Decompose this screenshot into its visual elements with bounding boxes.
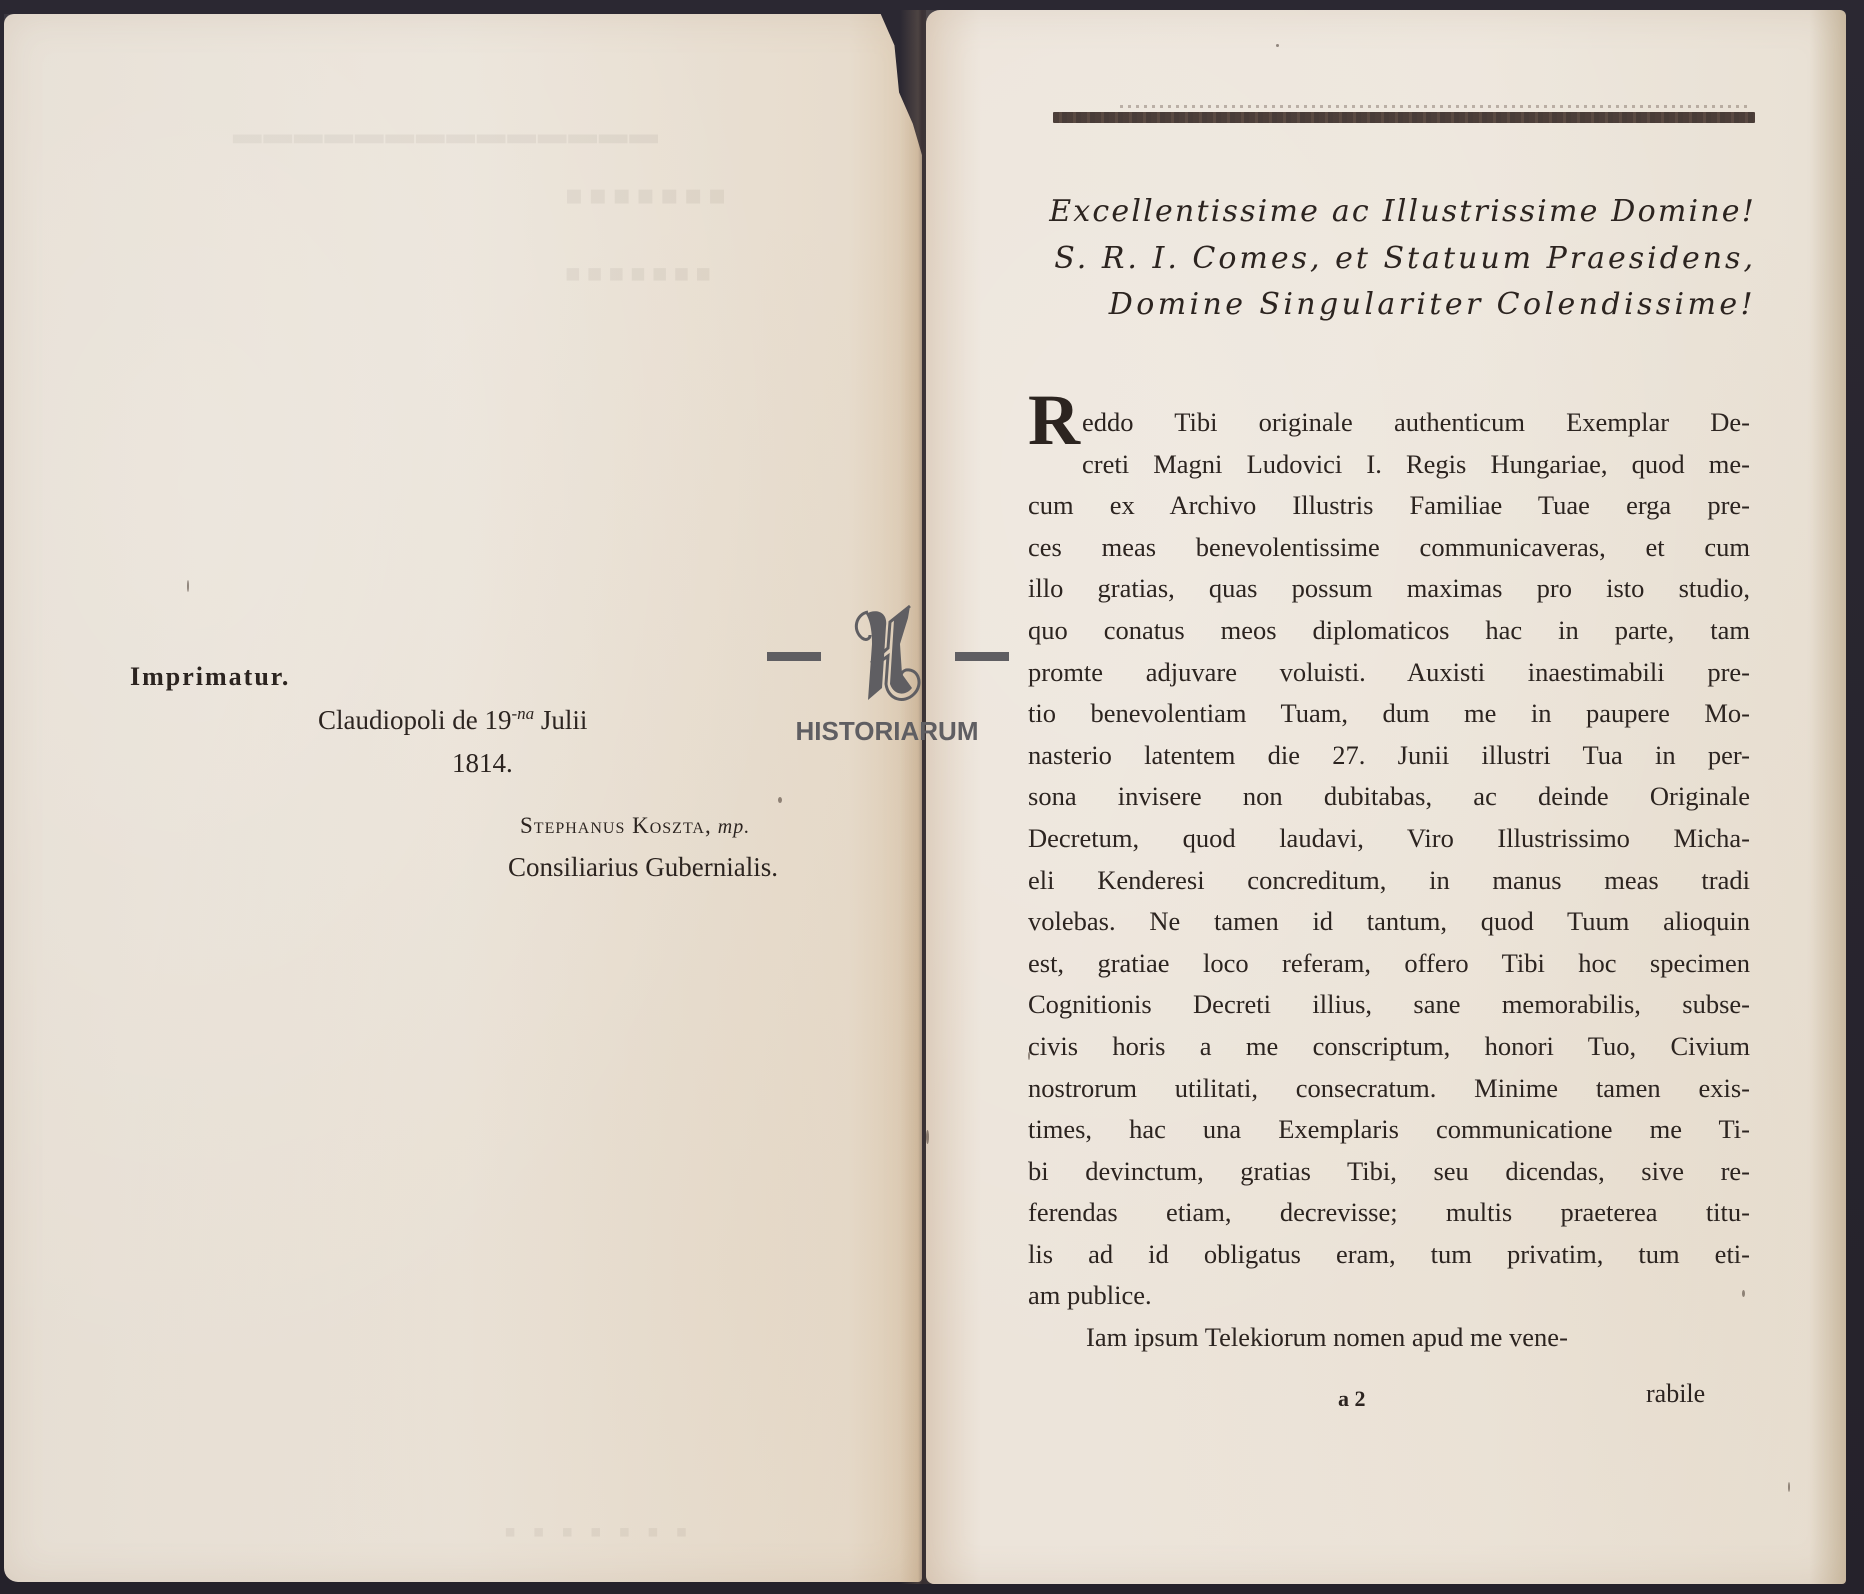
imprimatur-heading: Imprimatur. [130,662,290,692]
place-date-line: Claudiopoli de 19-na Julii [318,704,587,736]
body-line: eddo Tibi originale authenticum Exemplar… [1028,390,1750,444]
paper-speck [926,1130,929,1144]
signer-suffix: mp. [712,816,750,838]
place-date-prefix: Claudiopoli de 19 [318,705,511,735]
bleed-through-text: ▪ ▪ ▪ ▪ ▪ ▪ ▪ [504,1514,691,1552]
paper-speck [1028,1052,1030,1060]
body-line: eli Kenderesi concreditum, in manus meas… [1028,860,1750,902]
body-line: Cognitionis Decreti illius, sane memorab… [1028,984,1750,1026]
paper-speck [1742,1290,1745,1297]
body-line: sona invisere non dubitabas, ac deinde O… [1028,776,1750,818]
body-line: ces meas benevolentissime communicaveras… [1028,527,1750,569]
body-line: am publice. [1028,1275,1750,1317]
drop-cap: R [1028,392,1080,452]
date-superscript: -na [511,704,534,723]
body-line: quo conatus meos diplomaticos hac in par… [1028,610,1750,652]
body-line: ferendas etiam, decrevisse; multis praet… [1028,1192,1750,1234]
logo-dash-right [955,652,1009,661]
body-line: lis ad id obligatus eram, tum privatim, … [1028,1234,1750,1276]
body-line: bi devinctum, gratias Tibi, seu dicendas… [1028,1151,1750,1193]
signer-name: Stephanus Koszta, [520,813,712,838]
year: 1814. [452,748,513,779]
bleed-through-text: ▪▪▪▪▪▪▪ [564,164,731,228]
body-line: civis horis a me conscriptum, honori Tuo… [1028,1026,1750,1068]
body-line: creti Magni Ludovici I. Regis Hungariae,… [1028,444,1750,486]
bleed-through-text: ▪▪▪▪▪▪▪ [564,244,716,302]
month: Julii [534,705,587,735]
letter-body: R eddo Tibi originale authenticum Exempl… [1028,390,1750,1359]
bleed-through-text: ━━━━━━━━━━━━━━ [234,114,661,165]
signer-line: Stephanus Koszta, mp. [520,813,750,839]
paper-speck [1788,1482,1790,1492]
body-line: Decretum, quod laudavi, Viro Illustrissi… [1028,818,1750,860]
logo-dash-left [767,652,821,661]
new-paragraph-line: Iam ipsum Telekiorum nomen apud me vene- [1028,1317,1750,1359]
body-line: cum ex Archivo Illustris Familiae Tuae e… [1028,485,1750,527]
catchword: rabile [1646,1379,1705,1409]
signer-office: Consiliarius Gubernialis. [508,852,778,883]
body-line: illo gratias, quas possum maximas pro is… [1028,568,1750,610]
left-page: ━━━━━━━━━━━━━━ ▪▪▪▪▪▪▪ ▪▪▪▪▪▪▪ ▪ ▪ ▪ ▪ ▪… [4,14,922,1582]
logo-wordmark: HISTORIARUM [762,716,1012,747]
body-line: nasterio latentem die 27. Junii illustri… [1028,735,1750,777]
body-line: times, hac una Exemplaris communicatione… [1028,1109,1750,1151]
paper-speck [1276,44,1279,47]
body-line: est, gratiae loco referam, offero Tibi h… [1028,943,1750,985]
paper-speck [778,797,782,803]
h-monogram-icon [850,604,924,708]
salutation-line-1: Excellentissime ac Illustrissime Domine! [1049,194,1756,229]
salutation-line-2: S. R. I. Comes, et Statuum Praesidens, [1054,241,1756,276]
signature-mark: a 2 [1338,1386,1366,1412]
historiarum-watermark: HISTORIARUM [762,604,1012,754]
body-line: nostrorum utilitati, consecratum. Minime… [1028,1068,1750,1110]
body-line: promte adjuvare voluisti. Auxisti inaest… [1028,652,1750,694]
body-line: tio benevolentiam Tuam, dum me in pauper… [1028,693,1750,735]
decorative-rule-ghost [1120,105,1750,108]
decorative-rule [1053,112,1755,123]
body-line: volebas. Ne tamen id tantum, quod Tuum a… [1028,901,1750,943]
paper-speck [187,580,189,592]
salutation-line-3: Domine Singulariter Colendissime! [1109,287,1756,322]
